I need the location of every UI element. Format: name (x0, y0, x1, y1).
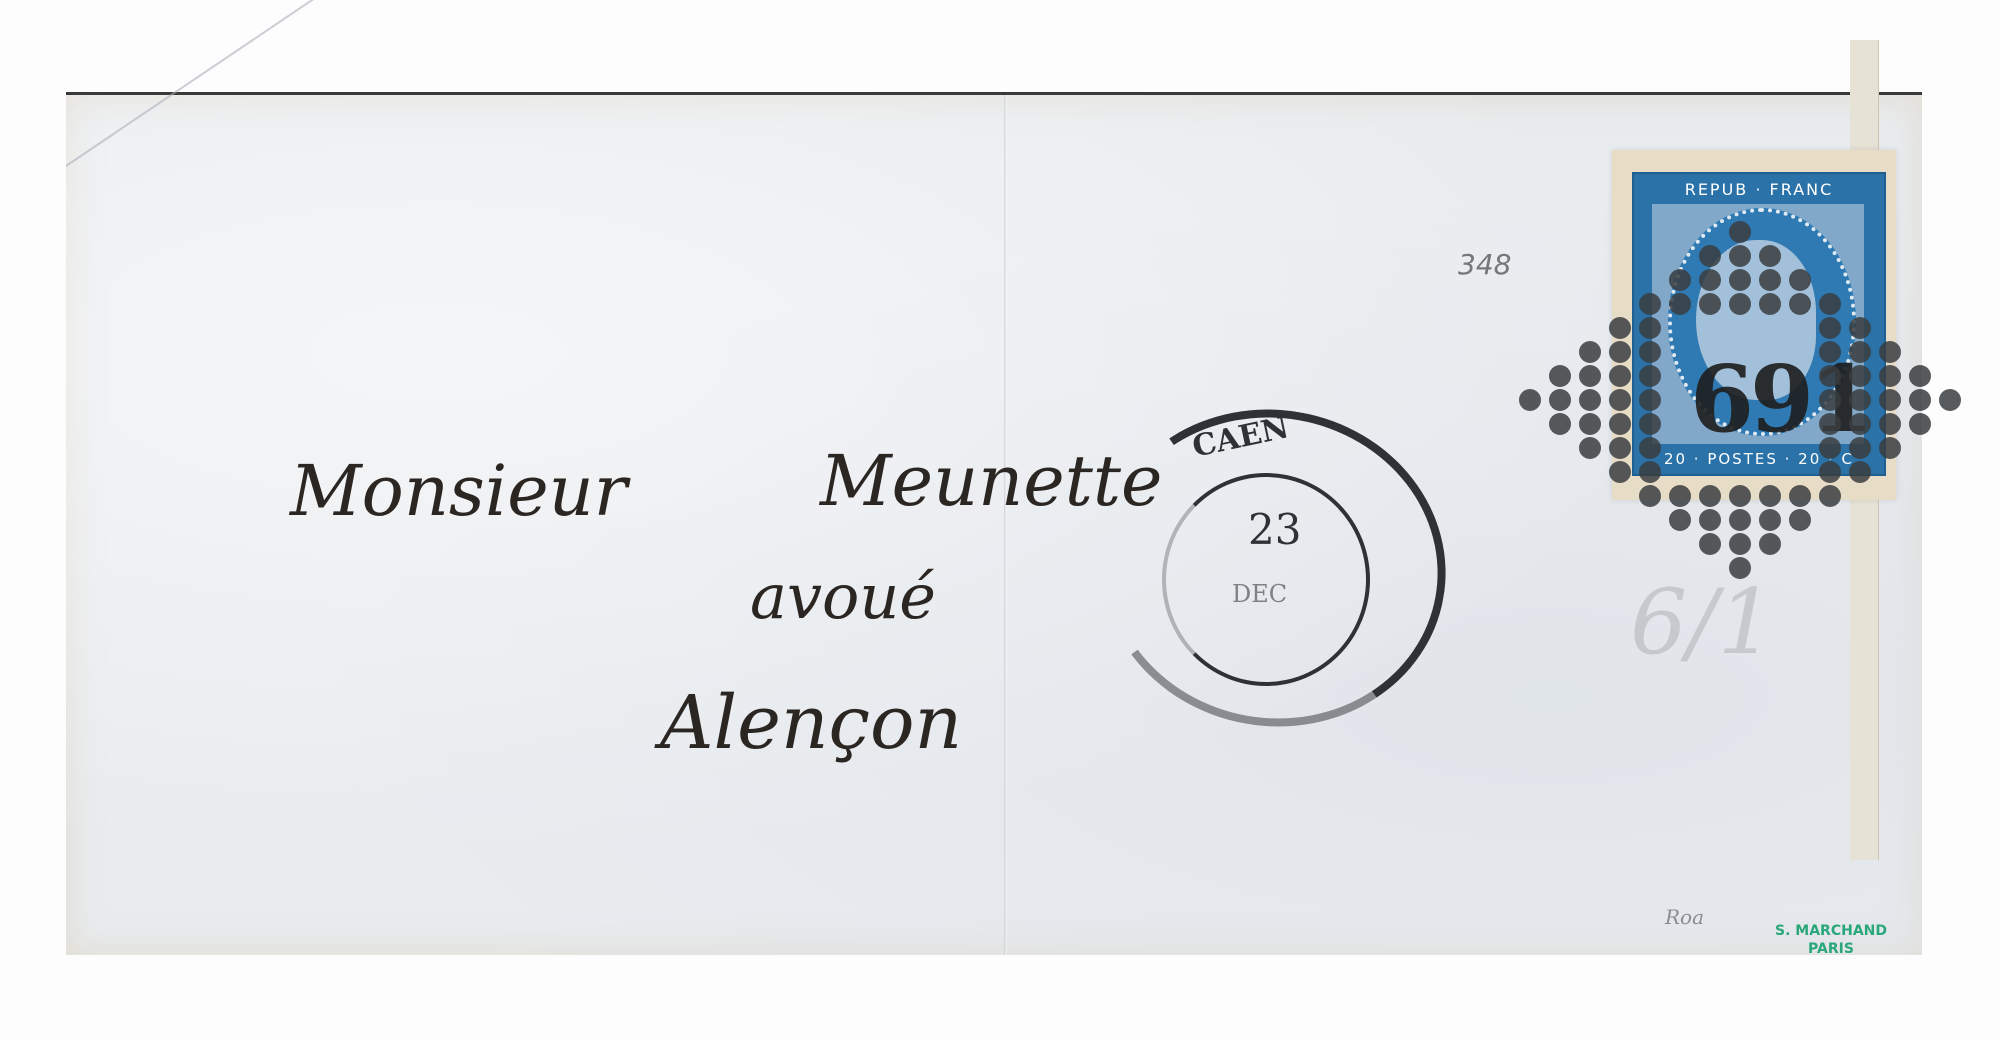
address-name: Meunette (820, 440, 1162, 522)
pencil-note: 348 (1458, 248, 1511, 281)
cancel-number: 691 (1690, 345, 1870, 453)
address-city: Alençon (660, 680, 962, 766)
postmark-month: DEC (1232, 580, 1287, 608)
address-salutation: Monsieur (290, 450, 627, 532)
dealer-mark: S. MARCHAND PARIS (1775, 922, 1887, 958)
center-fold (1004, 95, 1007, 955)
corner-fold (65, 0, 331, 167)
expert-signature: Roa (1665, 905, 1704, 929)
faint-pencil: 6/1 (1630, 570, 1775, 675)
postmark-day: 23 (1248, 505, 1301, 554)
address-title: avoué (750, 560, 936, 633)
stamp-top-text: REPUB · FRANC (1634, 180, 1884, 199)
